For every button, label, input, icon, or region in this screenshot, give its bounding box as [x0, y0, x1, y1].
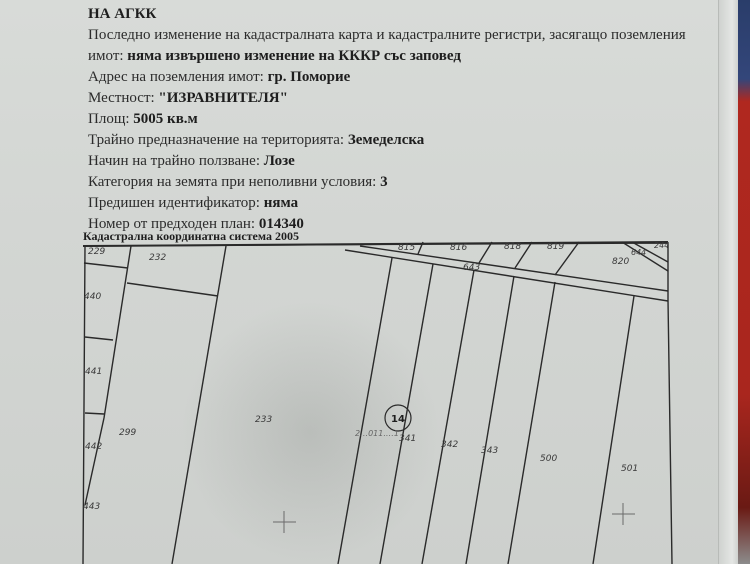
- parcel-label: 644: [631, 248, 646, 257]
- parcel-label: 819: [547, 242, 564, 252]
- cadastral-map: 14 2…011.…1 229 232 440 441 442 443 299 …: [0, 0, 750, 564]
- parcel-label: 643: [463, 263, 480, 273]
- parcel-label: 440: [84, 292, 101, 302]
- parcel-label: 820: [612, 257, 629, 267]
- parcel-label: 233: [255, 415, 272, 425]
- parcel-label: 815: [398, 243, 415, 253]
- parcel-label: 343: [481, 446, 498, 456]
- parcel-label: 500: [540, 454, 557, 464]
- parcel-label: 342: [441, 440, 458, 450]
- parcel-label: 501: [621, 464, 638, 474]
- parcel-label: 816: [450, 243, 467, 253]
- parcel-label: 442: [85, 442, 102, 452]
- parcel-label: 232: [149, 253, 166, 263]
- parcel-label: 299: [119, 428, 136, 438]
- parcel-label: 244: [654, 241, 669, 250]
- parcel-label: 341: [399, 434, 416, 444]
- parcel-label: 818: [504, 242, 521, 252]
- subject-parcel-marker: 14: [391, 414, 405, 425]
- parcel-label: 441: [85, 367, 102, 377]
- subject-parcel-identifier: 2…011.…1: [355, 429, 399, 438]
- parcel-label: 229: [88, 247, 105, 257]
- parcel-label: 443: [83, 502, 100, 512]
